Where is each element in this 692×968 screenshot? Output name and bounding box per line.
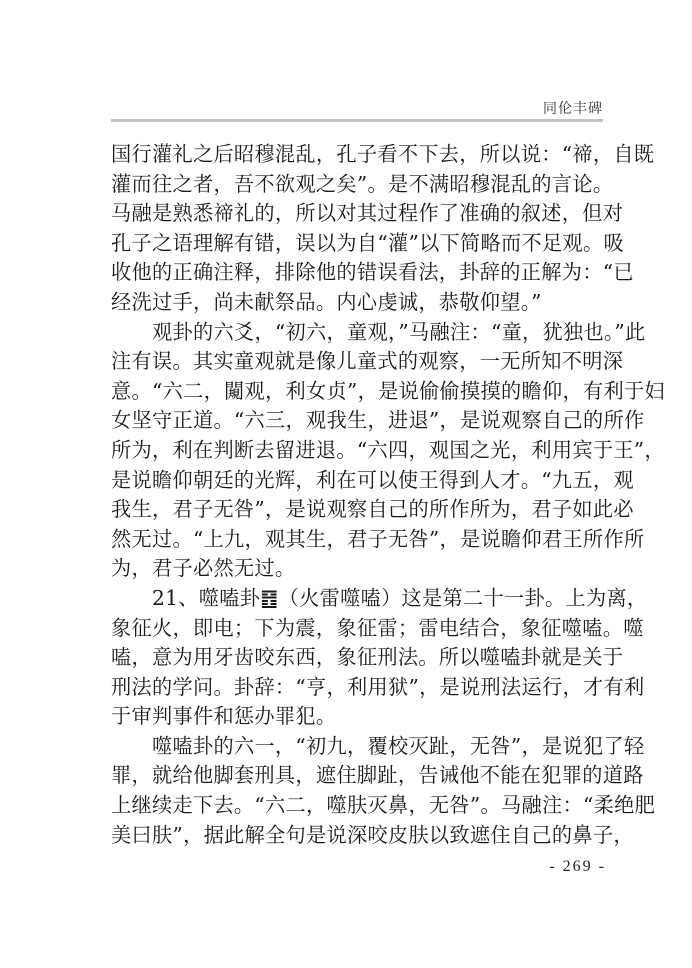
text-line: 噬嗑卦的六一，“初九，覆校灭趾，无咎”，是说犯了轻 (111, 732, 605, 762)
text-line: 罪，就给他脚套刑具，遮住脚趾，告诫他不能在犯罪的道路 (111, 761, 605, 791)
text-line: 马融是熟悉禘礼的，所以对其过程作了准确的叙述，但对 (111, 199, 605, 229)
text-line: 经洗过手，尚未献祭品。内心虔诚，恭敬仰望。” (111, 288, 605, 318)
text-line: 注有误。其实童观就是像儿童式的观察，一无所知不明深 (111, 347, 605, 377)
text-line: 意。“六二，闚观，利女贞”，是说偷偷摸摸的瞻仰，有利于妇 (111, 377, 605, 407)
text-line: 于审判事件和惩办罪犯。 (111, 702, 605, 732)
text-line: 孔子之语理解有错，误以为自“灌”以下简略而不足观。吸 (111, 229, 605, 259)
text-line: 为，君子必然无过。 (111, 554, 605, 584)
text-line: 嗑，意为用牙齿咬东西，象征刑法。所以噬嗑卦就是关于 (111, 643, 605, 673)
text-line: 21、噬嗑卦䷔（火雷噬嗑）这是第二十一卦。上为离， (111, 584, 605, 614)
text-line: 灌而往之者，吾不欲观之矣”。是不满昭穆混乱的言论。 (111, 170, 605, 200)
text-line: 美曰肤”，据此解全句是说深咬皮肤以致遮住自己的鼻子， (111, 821, 605, 851)
text-line: 然无过。“上九，观其生，君子无咎”，是说瞻仰君王所作所 (111, 525, 605, 555)
paragraph: 21、噬嗑卦䷔（火雷噬嗑）这是第二十一卦。上为离，象征火，即电；下为震，象征雷；… (111, 584, 605, 732)
running-head-title: 同伦丰碑 (543, 98, 603, 118)
text-line: 我生，君子无咎”，是说观察自己的所作所为，君子如此必 (111, 495, 605, 525)
paragraph: 观卦的六爻，“初六，童观，”马融注：“童，犹独也。”此注有误。其实童观就是像儿童… (111, 318, 605, 584)
header-rule (111, 119, 603, 122)
paragraph: 噬嗑卦的六一，“初九，覆校灭趾，无咎”，是说犯了轻罪，就给他脚套刑具，遮住脚趾，… (111, 732, 605, 850)
text-line: 女坚守正道。“六三，观我生，进退”，是说观察自己的所作 (111, 406, 605, 436)
text-line: 收他的正确注释，排除他的错误看法，卦辞的正解为：“已 (111, 258, 605, 288)
text-line: 所为，利在判断去留进退。“六四，观国之光，利用宾于王”， (111, 436, 605, 466)
text-line: 上继续走下去。“六二，噬肤灭鼻，无咎”。马融注：“柔绝肥 (111, 791, 605, 821)
page-number: - 269 - (549, 858, 606, 876)
text-line: 刑法的学问。卦辞：“亨，利用狱”，是说刑法运行，才有利 (111, 673, 605, 703)
text-line: 是说瞻仰朝廷的光辉，利在可以使王得到人才。“九五，观 (111, 466, 605, 496)
text-line: 象征火，即电；下为震，象征雷；雷电结合，象征噬嗑。噬 (111, 614, 605, 644)
body-text: 国行灌礼之后昭穆混乱，孔子看不下去，所以说：“禘，自既灌而往之者，吾不欲观之矣”… (111, 140, 605, 850)
running-head: 同伦丰碑 (111, 96, 603, 122)
paragraph: 国行灌礼之后昭穆混乱，孔子看不下去，所以说：“禘，自既灌而往之者，吾不欲观之矣”… (111, 140, 605, 318)
text-line: 国行灌礼之后昭穆混乱，孔子看不下去，所以说：“禘，自既 (111, 140, 605, 170)
book-page: 同伦丰碑 国行灌礼之后昭穆混乱，孔子看不下去，所以说：“禘，自既灌而往之者，吾不… (0, 0, 692, 968)
text-line: 观卦的六爻，“初六，童观，”马融注：“童，犹独也。”此 (111, 318, 605, 348)
